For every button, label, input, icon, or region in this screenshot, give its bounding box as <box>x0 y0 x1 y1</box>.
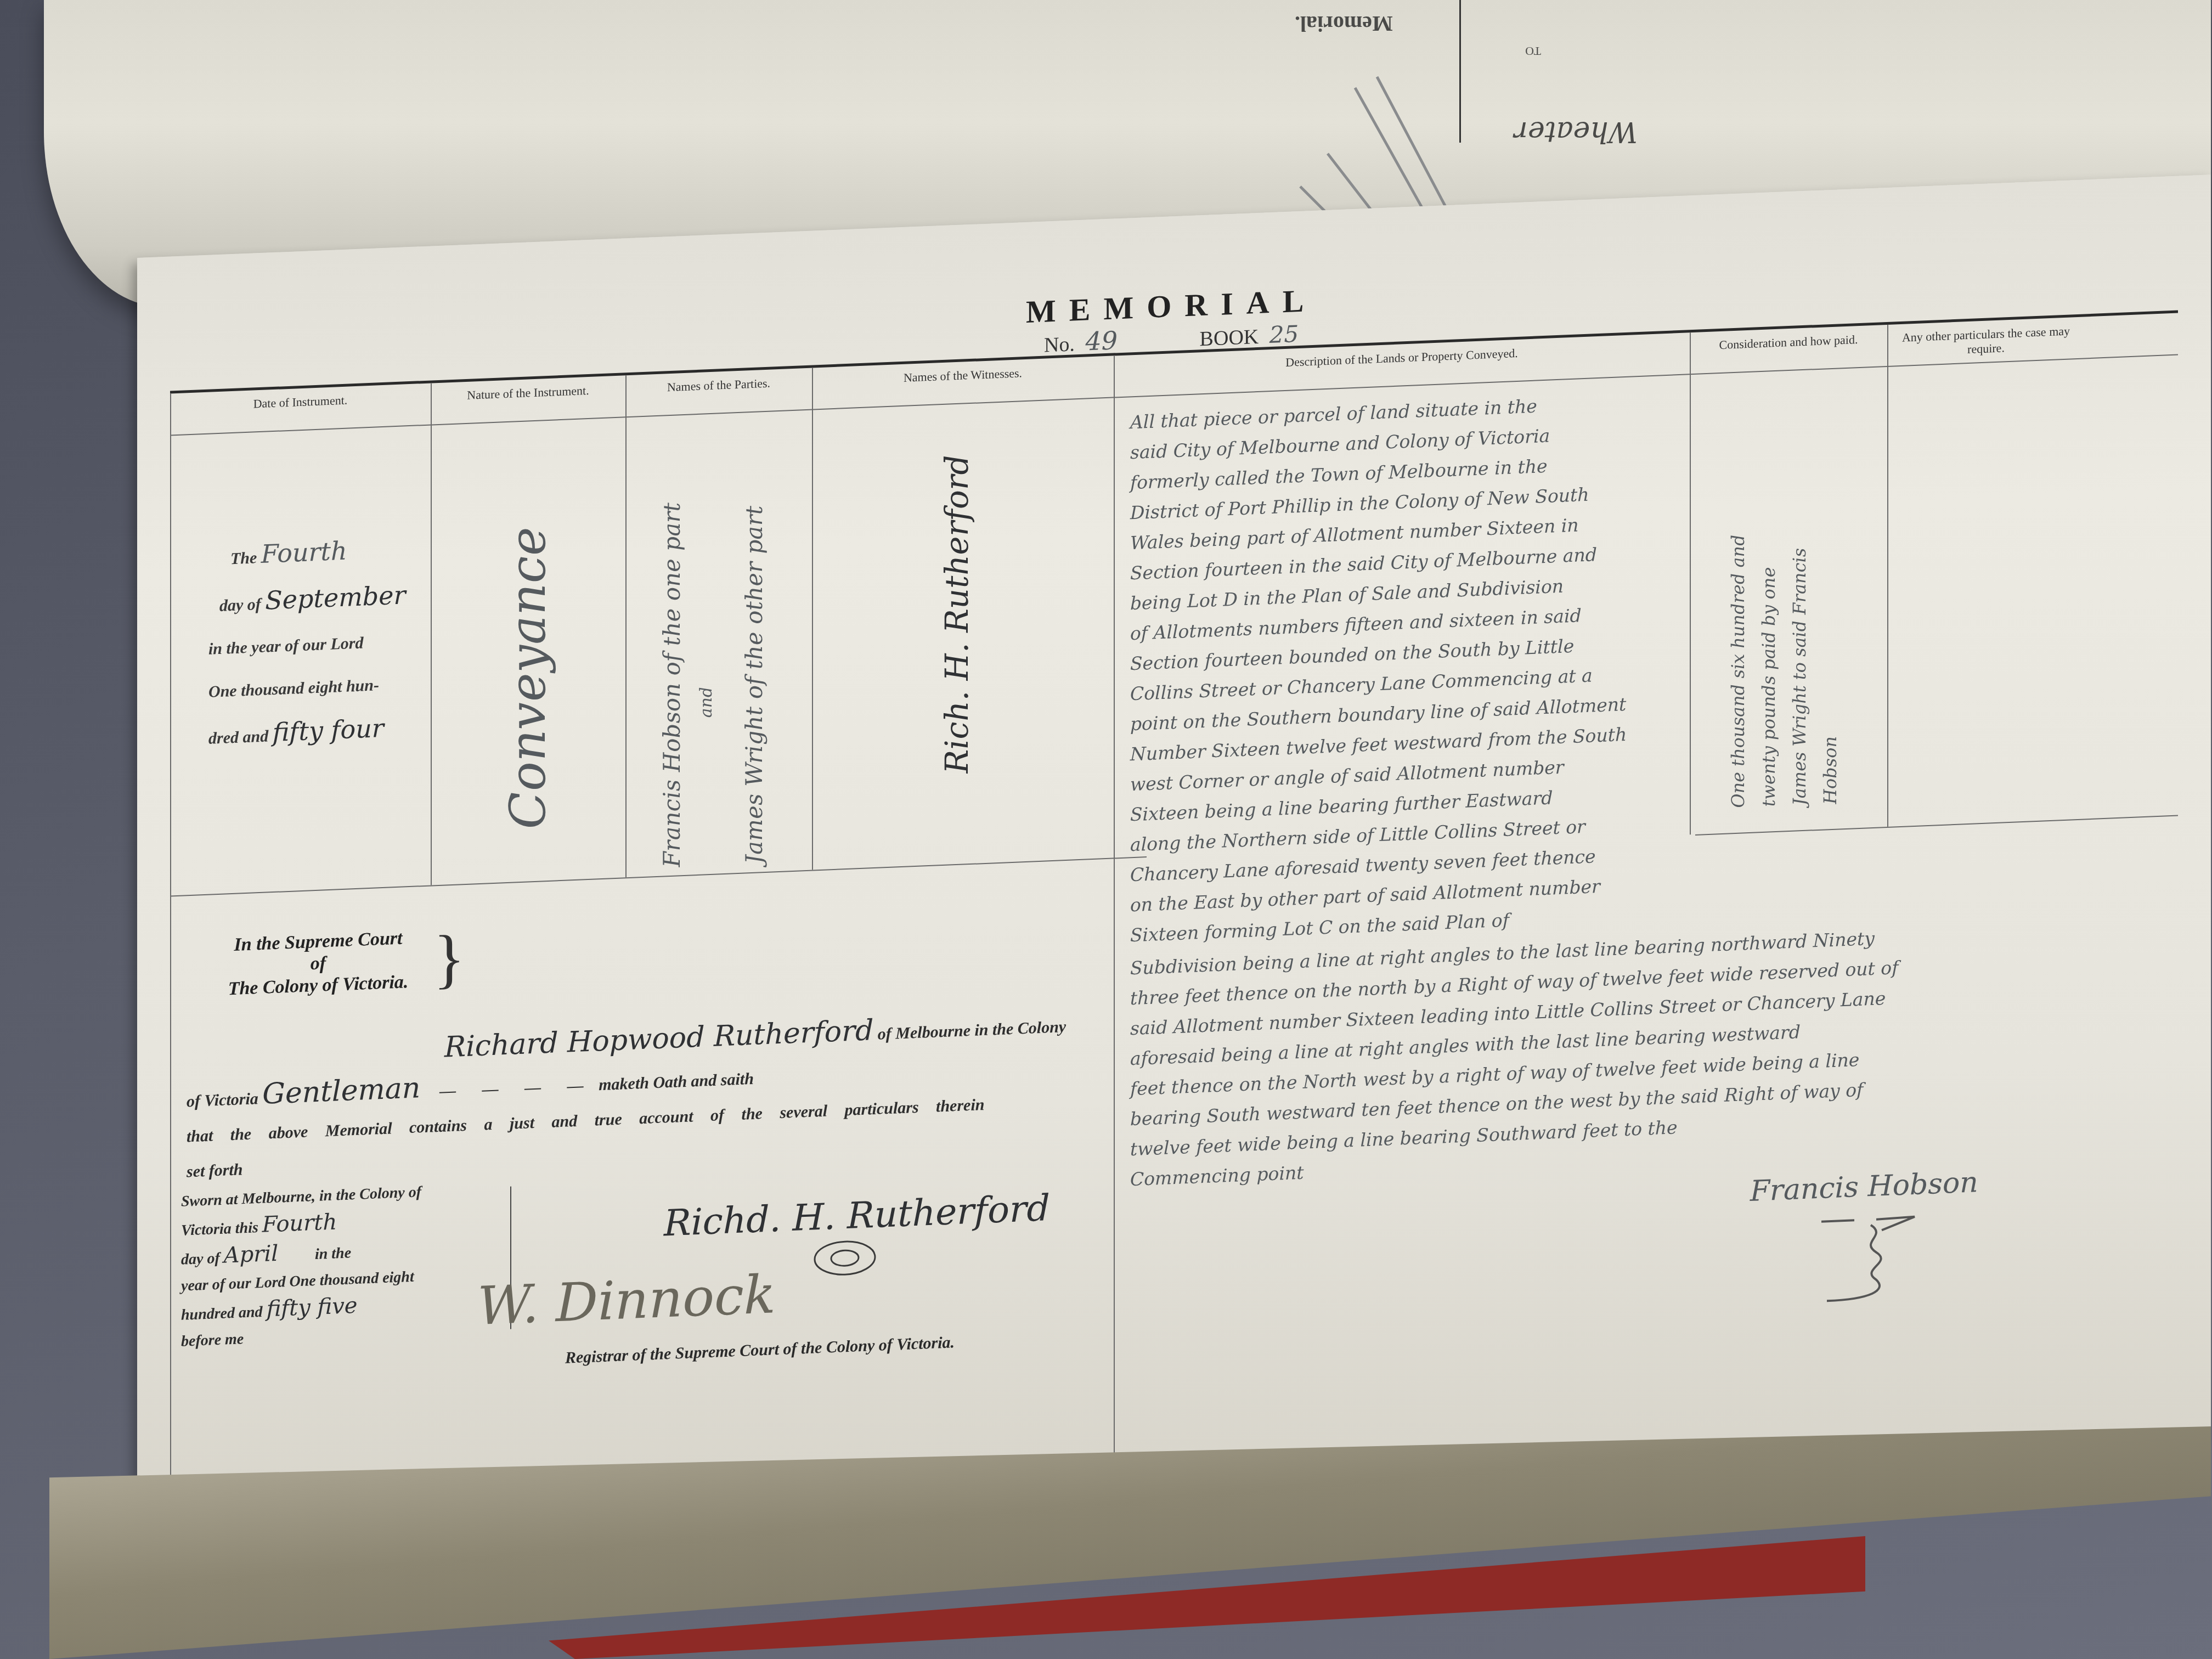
book-label: BOOK <box>1200 325 1259 351</box>
column-line-5 <box>1690 332 1691 834</box>
column-header-other: Any other particulars the case may requi… <box>1887 323 2085 359</box>
party-connector: and <box>697 686 716 718</box>
party-first: Francis Hobson of the one part <box>658 502 685 868</box>
date-year-text: in the year of our Lord <box>208 634 364 658</box>
date-dayof: day of <box>219 595 261 615</box>
court-heading: In the Supreme Court of The Colony of Vi… <box>203 926 433 1001</box>
consideration-line: twenty pounds paid by one <box>1753 533 1784 808</box>
court-brace-icon: } <box>433 925 465 992</box>
date-of-instrument: The Fourth day of September in the year … <box>208 527 405 760</box>
entry-bottom-rule-right <box>1695 815 2178 836</box>
jurat-year: fifty five <box>267 1293 358 1322</box>
registrar-signature: W. Dinnock <box>477 1263 776 1337</box>
date-day: Fourth <box>261 536 347 569</box>
column-header-date: Date of Instrument. <box>170 390 431 415</box>
column-header-witnesses: Names of the Witnesses. <box>812 363 1114 389</box>
registrar-label: Registrar of the Supreme Court of the Co… <box>565 1333 955 1368</box>
property-description-continued: Subdivision being a line at right angles… <box>1130 912 2151 1195</box>
column-header-nature: Nature of the Instrument. <box>431 382 625 404</box>
consideration-line: James Wright to said Francis <box>1784 532 1815 806</box>
nature-of-instrument: Conveyance <box>499 526 557 830</box>
oath-of-melbourne: of Melbourne in the Colony <box>878 1018 1066 1043</box>
oath-text: Richard Hopwood Rutherford of Melbourne … <box>187 1005 1086 1190</box>
column-line-left <box>170 394 171 1634</box>
jurat-day: Fourth <box>262 1209 337 1237</box>
overleaf-mirrored-heading: Memorial. <box>1295 11 1393 37</box>
signature-flourish-icon <box>801 1226 889 1290</box>
property-description: All that piece or parcel of land situate… <box>1130 385 1679 950</box>
consideration: One thousand six hundred and twenty poun… <box>1723 531 1846 809</box>
jurat-line: in the <box>315 1244 351 1263</box>
date-thousand-text: One thousand eight hun- <box>208 676 379 701</box>
deponent-occupation: Gentleman <box>262 1071 420 1111</box>
column-line-1 <box>431 383 432 885</box>
jurat-line: day of <box>181 1250 220 1268</box>
consideration-line: One thousand six hundred and <box>1723 534 1753 809</box>
book-value: 25 <box>1269 320 1299 348</box>
grantor-signature: Francis Hobson <box>1750 1166 1978 1208</box>
number-value: 49 <box>1086 325 1118 356</box>
column-line-6 <box>1887 325 1888 827</box>
number-label: No. <box>1044 332 1075 357</box>
oath-maketh: maketh Oath and saith <box>599 1070 754 1094</box>
jurat-month: April <box>224 1241 278 1268</box>
date-dred-text: dred and <box>208 727 268 747</box>
memorial-page: MEMORIAL No. 49 BOOK 25 Date of Instrume… <box>137 174 2211 1520</box>
date-year: fifty four <box>273 713 384 747</box>
oath-of-victoria: of Victoria <box>187 1090 258 1110</box>
jurat-line: Victoria this <box>181 1219 258 1239</box>
witness-signature: Rich. H. Rutherford <box>938 454 975 774</box>
consideration-line: Hobson <box>1815 531 1846 805</box>
column-header-parties: Names of the Parties. <box>625 375 812 397</box>
party-second: James Wright of the other part <box>741 505 768 865</box>
column-line-2 <box>625 375 627 877</box>
column-header-consideration: Consideration and how paid. <box>1690 331 1887 353</box>
column-line-3 <box>812 368 813 870</box>
column-line-4 <box>1114 356 1115 1458</box>
jurat-line: hundred and <box>181 1304 263 1324</box>
date-month: September <box>265 580 405 615</box>
seal-mark-icon <box>1816 1206 1926 1310</box>
date-the: The <box>230 549 257 568</box>
